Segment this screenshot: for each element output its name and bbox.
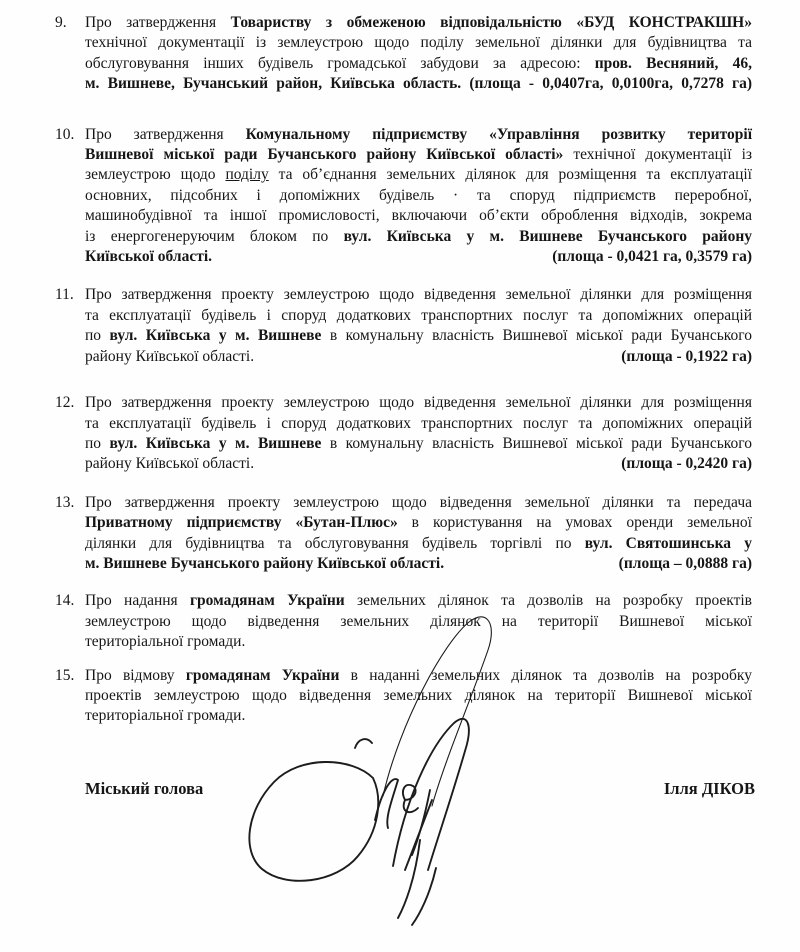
text-run: технічної документації із	[563, 146, 752, 163]
text-run: Товариству з обмеженою відповідальністю …	[231, 14, 752, 31]
text-run: громадянам України	[186, 667, 340, 684]
item-line: Приватному підприємству «Бутан-Плюс» в к…	[85, 513, 752, 533]
item-line: обслуговування інших будівель громадсько…	[85, 54, 752, 74]
item-line: проектів землеустрою щодо відведення зем…	[85, 686, 752, 706]
item-number: 11.	[55, 285, 85, 305]
item-line: землеустрою щодо поділу та об’єднання зе…	[85, 165, 752, 185]
item-line: по вул. Київська у м. Вишневе в комуналь…	[85, 326, 752, 346]
text-run: Про відмову	[85, 667, 186, 684]
signer-title: Міський голова	[85, 779, 203, 799]
text-run: Про затвердження проекту землеустрою щод…	[85, 394, 752, 411]
text-run: Вишневої міської ради Бучанського району…	[85, 146, 563, 163]
agenda-item: 10. Про затвердження Комунальному підпри…	[55, 125, 752, 268]
text-run: (площа - 0,1922 га)	[621, 348, 752, 365]
line-area-value: (площа - 0,0421 га, 0,3579 га)	[552, 247, 752, 267]
item-number: 10.	[55, 125, 85, 145]
text-run: Про затвердження проекту землеустрою щод…	[85, 494, 752, 511]
text-run: вул. Київська у м. Вишневе Бучанського р…	[344, 228, 752, 245]
text-run: Про надання	[85, 592, 190, 609]
item-line: по вул. Київська у м. Вишневе в комуналь…	[85, 434, 752, 454]
item-line: м. Вишневе Бучанського району Київської …	[85, 554, 752, 574]
text-run: територіальної громади.	[85, 707, 245, 724]
agenda-item: 14. Про надання громадянам України земел…	[55, 591, 752, 652]
text-run: Київської області.	[85, 248, 212, 265]
line-left: м. Вишневе Бучанського району Київської …	[85, 554, 444, 574]
text-run: пров. Весняний, 46,	[595, 55, 752, 72]
item-line: Про затвердження проекту землеустрою щод…	[85, 285, 752, 305]
line-left: району Київської області.	[85, 347, 254, 367]
agenda-item: 9. Про затвердження Товариству з обмежен…	[55, 13, 752, 95]
text-run: Про затвердження	[85, 14, 231, 31]
text-run: в наданні земельних ділянок та дозволів …	[339, 667, 752, 684]
agenda-item: 11. Про затвердження проекту землеустрою…	[55, 285, 752, 367]
item-number: 15.	[55, 666, 85, 686]
line-area-value: (площа – 0,0888 га)	[619, 554, 752, 574]
text-run: (площа - 0,0421 га, 0,3579 га)	[552, 248, 752, 265]
item-body: Про надання громадянам України земельних…	[85, 591, 752, 652]
agenda-item: 12. Про затвердження проекту землеустрою…	[55, 393, 752, 475]
text-run: (площа - 0,2420 га)	[621, 455, 752, 472]
text-run: вул. Святошинська у	[585, 535, 752, 552]
line-left: Київської області.	[85, 247, 212, 267]
text-run: та експлуатації будівель і споруд додатк…	[85, 415, 752, 432]
item-line: із енергогенеруючим блоком по вул. Київс…	[85, 227, 752, 247]
text-run: вул. Київська у м. Вишневе	[110, 435, 322, 452]
item-line: Про відмову громадянам України в наданні…	[85, 666, 752, 686]
item-number: 9.	[55, 13, 85, 33]
line-area-value: (площа - 0,1922 га)	[621, 347, 752, 367]
text-run: машинобудівної та іншої промисловості, в…	[85, 207, 752, 224]
text-run: вул. Київська у м. Вишневе	[110, 327, 322, 344]
item-line: Про затвердження проекту землеустрою щод…	[85, 493, 752, 513]
item-line: основних, підсобних і допоміжних будівел…	[85, 186, 752, 206]
text-run: району Київської області.	[85, 455, 254, 472]
text-run: по	[85, 327, 110, 344]
item-line: машинобудівної та іншої промисловості, в…	[85, 206, 752, 226]
text-run: ділянки для будівництва та обслуговуванн…	[85, 535, 585, 552]
text-run: м. Вишневе Бучанського району Київської …	[85, 555, 444, 572]
item-number: 14.	[55, 591, 85, 611]
text-run: району Київської області.	[85, 348, 254, 365]
text-run: землеустрою щодо	[85, 166, 225, 183]
signer-name: Ілля ДІКОВ	[664, 779, 755, 799]
item-line: району Київської області.(площа - 0,1922…	[85, 347, 752, 367]
text-run: земельних ділянок та дозволів на розробк…	[345, 592, 752, 609]
text-run: по	[85, 435, 110, 452]
text-run: Комунальному підприємству «Управління ро…	[246, 126, 752, 143]
item-line: Про надання громадянам України земельних…	[85, 591, 752, 611]
item-body: Про затвердження проекту землеустрою щод…	[85, 493, 752, 575]
text-run: поділу	[225, 166, 268, 183]
text-run: (площа – 0,0888 га)	[619, 555, 752, 572]
signature-block: Міський голова Ілля ДІКОВ	[85, 779, 755, 799]
item-body: Про затвердження проекту землеустрою щод…	[85, 393, 752, 475]
text-run: обслуговування інших будівель громадсько…	[85, 55, 595, 72]
item-line: району Київської області.(площа - 0,2420…	[85, 454, 752, 474]
text-run: із енергогенеруючим блоком по	[85, 228, 344, 245]
item-body: Про затвердження проекту землеустрою щод…	[85, 285, 752, 367]
line-left: району Київської області.	[85, 454, 254, 474]
text-run: Про затвердження	[85, 126, 246, 143]
item-line: Вишневої міської ради Бучанського району…	[85, 145, 752, 165]
item-number: 13.	[55, 493, 85, 513]
text-run: громадянам України	[190, 592, 345, 609]
item-line: м. Вишневе, Бучанський район, Київська о…	[85, 74, 752, 94]
item-body: Про затвердження Комунальному підприємст…	[85, 125, 752, 268]
item-line: ділянки для будівництва та обслуговуванн…	[85, 534, 752, 554]
item-line: технічної документації із землеустрою що…	[85, 33, 752, 53]
item-body: Про відмову громадянам України в наданні…	[85, 666, 752, 727]
item-line: Про затвердження проекту землеустрою щод…	[85, 393, 752, 413]
item-line: територіальної громади.	[85, 632, 752, 652]
agenda-item: 13. Про затвердження проекту землеустрою…	[55, 493, 752, 575]
text-run: основних, підсобних і допоміжних будівел…	[85, 187, 752, 204]
text-run: технічної документації із землеустрою що…	[85, 34, 752, 51]
agenda-list: 9. Про затвердження Товариству з обмежен…	[55, 13, 752, 727]
item-line: Про затвердження Комунальному підприємст…	[85, 125, 752, 145]
text-run: землеустрою щодо відведення земельних ді…	[85, 613, 752, 630]
text-run: в комунальну власність Вишневої міської …	[321, 327, 752, 344]
text-run: проектів землеустрою щодо відведення зем…	[85, 687, 752, 704]
text-run: Про затвердження проекту землеустрою щод…	[85, 286, 752, 303]
item-line: та експлуатації будівель і споруд додатк…	[85, 414, 752, 434]
text-run: в комунальну власність Вишневої міської …	[321, 435, 752, 452]
text-run: в користування на умовах оренди земельно…	[398, 514, 752, 531]
item-line: Про затвердження Товариству з обмеженою …	[85, 13, 752, 33]
agenda-item: 15. Про відмову громадянам України в над…	[55, 666, 752, 727]
item-body: Про затвердження Товариству з обмеженою …	[85, 13, 752, 95]
text-run: Приватному підприємству «Бутан-Плюс»	[85, 514, 398, 531]
item-number: 12.	[55, 393, 85, 413]
item-line: землеустрою щодо відведення земельних ді…	[85, 612, 752, 632]
text-run: м. Вишневе, Бучанський район, Київська о…	[85, 75, 752, 92]
item-line: територіальної громади.	[85, 706, 752, 726]
text-run: територіальної громади.	[85, 633, 245, 650]
text-run: та об’єднання земельних ділянок для розм…	[269, 166, 752, 183]
item-line: Київської області.(площа - 0,0421 га, 0,…	[85, 247, 752, 267]
line-area-value: (площа - 0,2420 га)	[621, 454, 752, 474]
item-line: та експлуатації будівель і споруд додатк…	[85, 306, 752, 326]
text-run: та експлуатації будівель і споруд додатк…	[85, 307, 752, 324]
document-page: 9. Про затвердження Товариству з обмежен…	[0, 0, 800, 952]
